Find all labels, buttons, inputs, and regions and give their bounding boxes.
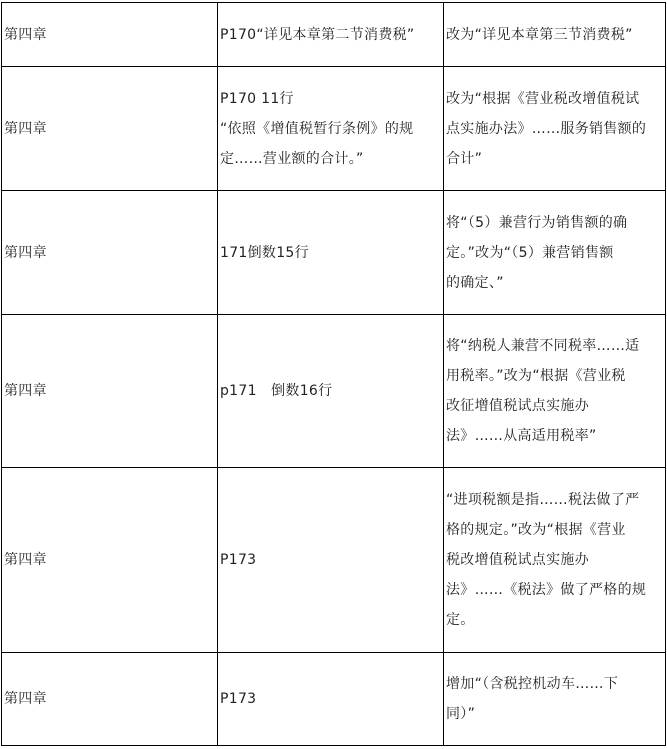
location-line: P173 [220, 684, 443, 714]
location-cell: 171倒数15行 [218, 191, 444, 315]
location-line: 定……营业额的合计。” [220, 144, 443, 174]
correction-line: 改征增值税试点实施办 [446, 391, 665, 421]
correction-cell: 将“纳税人兼营不同税率……适 用税率。”改为“根据《营业税 改征增值税试点实施办… [444, 315, 666, 468]
correction-cell: “进项税额是指……税法做了严 格的规定。”改为“根据《营业 税改增值税试点实施办… [444, 468, 666, 653]
chapter-cell: 第四章 [2, 191, 218, 315]
correction-line: 法》……从高适用税率” [446, 421, 665, 451]
chapter-cell: 第四章 [2, 3, 218, 67]
table-row: 第四章 P170“详见本章第二节消费税” 改为“详见本章第三节消费税” [2, 3, 666, 67]
correction-line: 增加“（含税控机动车……下 [446, 669, 665, 699]
chapter-cell: 第四章 [2, 468, 218, 653]
table-row: 第四章 171倒数15行 将“（5）兼营行为销售额的确 定。”改为“（5）兼营销… [2, 191, 666, 315]
correction-line: 合计” [446, 144, 665, 174]
table-row: 第四章 P170 11行 “依照《增值税暂行条例》的规 定……营业额的合计。” … [2, 67, 666, 191]
correction-cell: 改为“详见本章第三节消费税” [444, 3, 666, 67]
correction-line: 税改增值税试点实施办 [446, 545, 665, 575]
location-cell: P170 11行 “依照《增值税暂行条例》的规 定……营业额的合计。” [218, 67, 444, 191]
correction-cell: 增加“（含税控机动车……下 同）” [444, 653, 666, 746]
correction-line: 定。”改为“（5）兼营销售额 [446, 238, 665, 268]
correction-cell: 将“（5）兼营行为销售额的确 定。”改为“（5）兼营销售额 的确定、” [444, 191, 666, 315]
chapter-cell: 第四章 [2, 67, 218, 191]
location-line: “依照《增值税暂行条例》的规 [220, 114, 443, 144]
location-line: 171倒数15行 [220, 238, 443, 268]
correction-line: “进项税额是指……税法做了严 [446, 485, 665, 515]
location-line: p171 倒数16行 [220, 376, 443, 406]
table-row: 第四章 P173 增加“（含税控机动车……下 同）” [2, 653, 666, 746]
location-cell: P170“详见本章第二节消费税” [218, 3, 444, 67]
correction-line: 格的规定。”改为“根据《营业 [446, 515, 665, 545]
correction-line: 改为“详见本章第三节消费税” [446, 20, 665, 50]
correction-line: 点实施办法》……服务销售额的 [446, 114, 665, 144]
correction-line: 改为“根据《营业税改增值税试 [446, 84, 665, 114]
table-row: 第四章 P173 “进项税额是指……税法做了严 格的规定。”改为“根据《营业 税… [2, 468, 666, 653]
table-row: 第四章 p171 倒数16行 将“纳税人兼营不同税率……适 用税率。”改为“根据… [2, 315, 666, 468]
correction-line: 的确定、” [446, 268, 665, 298]
location-cell: p171 倒数16行 [218, 315, 444, 468]
correction-line: 法》……《税法》做了严格的规 [446, 575, 665, 605]
correction-cell: 改为“根据《营业税改增值税试 点实施办法》……服务销售额的 合计” [444, 67, 666, 191]
correction-line: 将“纳税人兼营不同税率……适 [446, 331, 665, 361]
correction-line: 同）” [446, 699, 665, 729]
location-line: P170 11行 [220, 84, 443, 114]
chapter-cell: 第四章 [2, 315, 218, 468]
location-line: P170“详见本章第二节消费税” [220, 20, 443, 50]
location-cell: P173 [218, 653, 444, 746]
chapter-cell: 第四章 [2, 653, 218, 746]
location-line: P173 [220, 545, 443, 575]
correction-line: 用税率。”改为“根据《营业税 [446, 361, 665, 391]
location-cell: P173 [218, 468, 444, 653]
correction-line: 将“（5）兼营行为销售额的确 [446, 208, 665, 238]
correction-line: 定。 [446, 605, 665, 635]
errata-table: 第四章 P170“详见本章第二节消费税” 改为“详见本章第三节消费税” 第四章 … [1, 2, 666, 746]
